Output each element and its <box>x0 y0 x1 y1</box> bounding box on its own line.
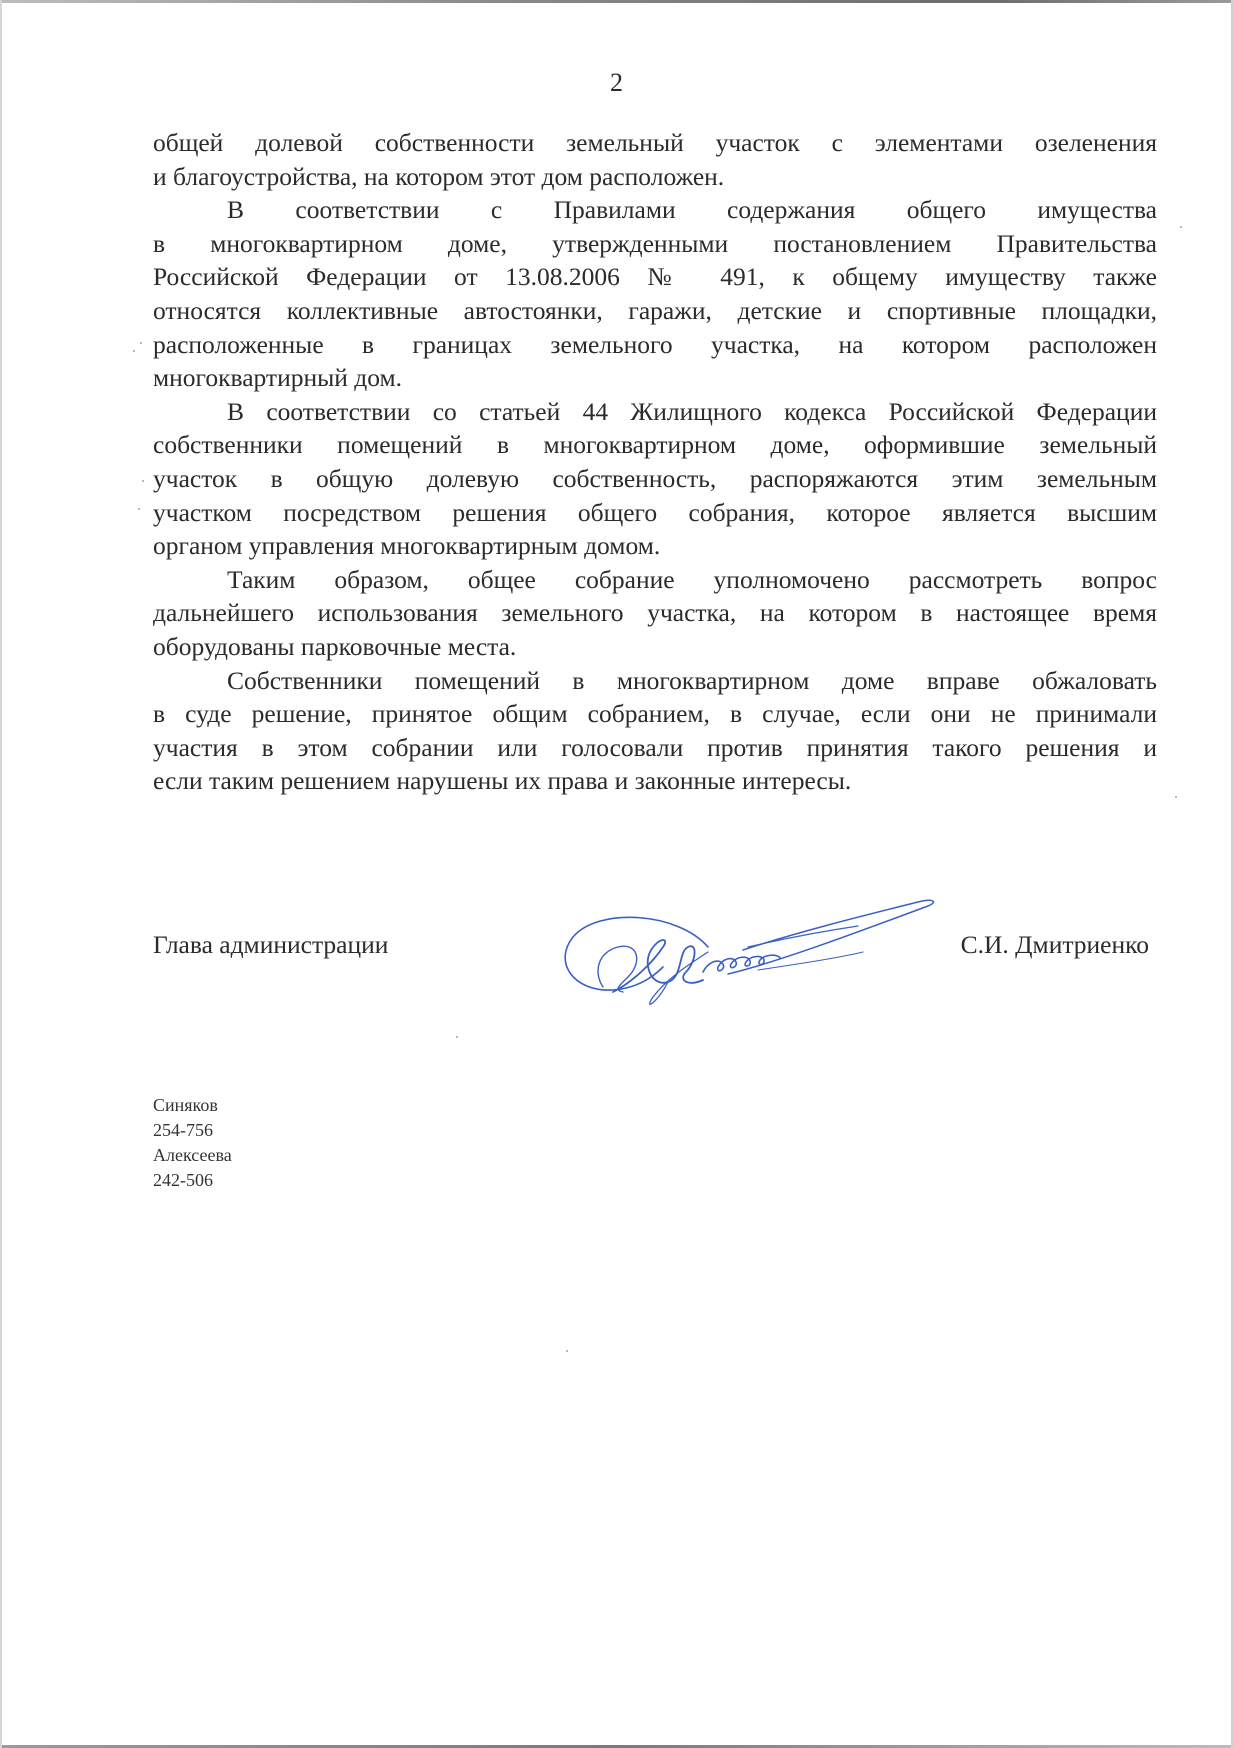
text-line: органом управления многоквартирным домом… <box>153 529 1157 563</box>
text-line: многоквартирный дом. <box>153 361 1157 395</box>
contact-list: Синяков 254-756 Алексеева 242-506 <box>153 1093 232 1193</box>
text-line: расположенные в границах земельного учас… <box>153 328 1157 362</box>
letter-body: общей долевой собственности земельный уч… <box>153 126 1157 798</box>
scan-edge-left <box>0 0 2 1748</box>
text-line: общей долевой собственности земельный уч… <box>153 126 1157 160</box>
text-line: в многоквартирном доме, утвержденными по… <box>153 227 1157 261</box>
scan-speck <box>566 1350 568 1352</box>
text-line: и благоустройства, на котором этот дом р… <box>153 160 1157 194</box>
scan-speck <box>138 508 140 510</box>
scan-speck <box>456 1036 458 1038</box>
scan-speck <box>1180 226 1182 228</box>
text-line: В соответствии со статьей 44 Жилищного к… <box>153 395 1157 429</box>
paragraph-3: В соответствии со статьей 44 Жилищного к… <box>153 395 1157 563</box>
text-line: дальнейшего использования земельного уча… <box>153 596 1157 630</box>
text-line: Таким образом, общее собрание уполномоче… <box>153 563 1157 597</box>
paragraph-2: В соответствии с Правилами содержания об… <box>153 193 1157 395</box>
paragraph-1: общей долевой собственности земельный уч… <box>153 126 1157 193</box>
text-line: участок в общую долевую собственность, р… <box>153 462 1157 496</box>
text-line: Собственники помещений в многоквартирном… <box>153 664 1157 698</box>
signatory-title: Глава администрации <box>153 928 388 961</box>
signatory-name: С.И. Дмитриенко <box>961 928 1149 961</box>
contact-phone: 254-756 <box>153 1118 232 1143</box>
scan-speck <box>140 342 142 344</box>
scan-edge-top <box>0 0 1233 3</box>
text-line: относятся коллективные автостоянки, гара… <box>153 294 1157 328</box>
scan-speck <box>142 480 144 482</box>
text-line: В соответствии с Правилами содержания об… <box>153 193 1157 227</box>
text-line: в суде решение, принятое общим собранием… <box>153 697 1157 731</box>
scan-speck <box>1175 796 1177 798</box>
text-line: оборудованы парковочные места. <box>153 630 1157 664</box>
text-line: Российской Федерации от 13.08.2006 № 491… <box>153 260 1157 294</box>
signature-block: Глава администрации С.И. Дмитриенко <box>153 922 1157 1012</box>
paragraph-5: Собственники помещений в многоквартирном… <box>153 664 1157 798</box>
handwritten-signature-icon <box>558 892 943 1022</box>
paragraph-4: Таким образом, общее собрание уполномоче… <box>153 563 1157 664</box>
text-line: участия в этом собрании или голосовали п… <box>153 731 1157 765</box>
text-line: участком посредством решения общего собр… <box>153 496 1157 530</box>
contact-phone: 242-506 <box>153 1168 232 1193</box>
page-number: 2 <box>0 68 1233 98</box>
contact-name: Синяков <box>153 1093 232 1118</box>
text-line: собственники помещений в многоквартирном… <box>153 428 1157 462</box>
contact-name: Алексеева <box>153 1143 232 1168</box>
scan-speck <box>133 350 135 352</box>
text-line: если таким решением нарушены их права и … <box>153 764 1157 798</box>
